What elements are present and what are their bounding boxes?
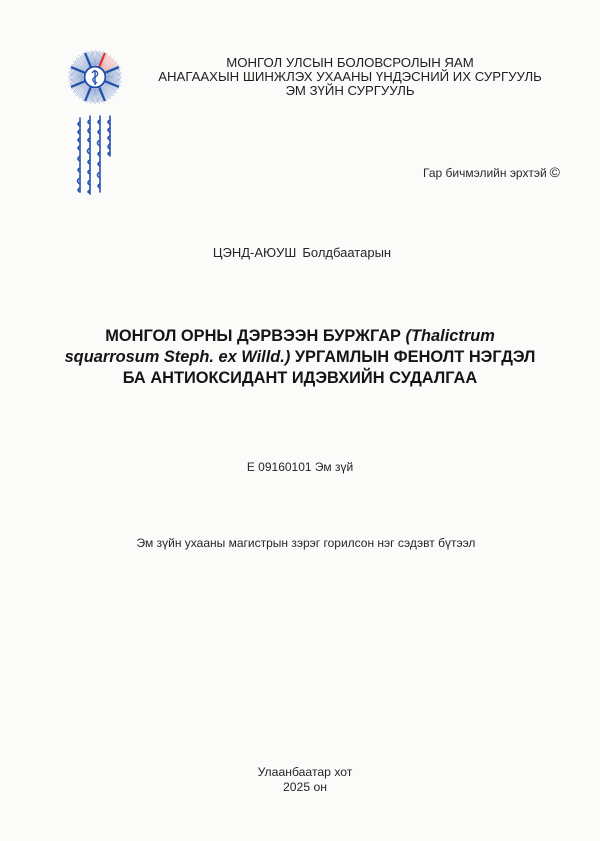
university-name: АНАГААХЫН ШИНЖЛЭХ УХААНЫ ҮНДЭСНИЙ ИХ СУР… — [130, 70, 570, 84]
thesis-title: МОНГОЛ ОРНЫ ДЭРВЭЭН БУРЖГАР (Thalictrum … — [40, 326, 560, 389]
copyright-icon: © — [550, 164, 560, 180]
author-patronymic: Болдбаатарын — [302, 245, 391, 260]
scientific-name-part: squarrosum Steph. ex Willd.) — [65, 348, 291, 366]
title-line-2: squarrosum Steph. ex Willd.) УРГАМЛЫН ФЕ… — [40, 347, 560, 368]
place-and-year: Улаанбаатар хот 2025 он — [0, 765, 600, 795]
title-text: УРГАМЛЫН ФЕНОЛТ НЭГДЭЛ — [290, 348, 535, 366]
author-surname: ЦЭНД-АЮУШ — [213, 245, 296, 260]
copyright-label: Гар бичмэлийн эрхтэй — [423, 166, 547, 180]
school-name: ЭМ ЗҮЙН СУРГУУЛЬ — [130, 84, 570, 98]
scientific-name-part: (Thalictrum — [406, 327, 495, 345]
degree-statement: Эм зүйн ухааны магистрын зэрэг горилсон … — [0, 536, 600, 550]
mongolian-script-name-icon — [72, 112, 118, 198]
medical-university-emblem-icon — [66, 48, 124, 106]
title-line-1: МОНГОЛ ОРНЫ ДЭРВЭЭН БУРЖГАР (Thalictrum — [40, 326, 560, 347]
city: Улаанбаатар хот — [10, 765, 600, 780]
title-text: МОНГОЛ ОРНЫ ДЭРВЭЭН БУРЖГАР — [105, 327, 405, 345]
ministry-name: МОНГОЛ УЛСЫН БОЛОВСРОЛЫН ЯАМ — [130, 56, 570, 70]
institution-header: МОНГОЛ УЛСЫН БОЛОВСРОЛЫН ЯАМ АНАГААХЫН Ш… — [130, 56, 570, 98]
copyright-notice: Гар бичмэлийн эрхтэй© — [400, 164, 560, 180]
author-name: ЦЭНД-АЮУШ Болдбаатарын — [0, 245, 600, 260]
year: 2025 он — [10, 780, 600, 795]
title-line-3: БА АНТИОКСИДАНТ ИДЭВХИЙН СУДАЛГАА — [40, 368, 560, 389]
specialty-code: E 09160101 Эм зүй — [0, 460, 600, 474]
